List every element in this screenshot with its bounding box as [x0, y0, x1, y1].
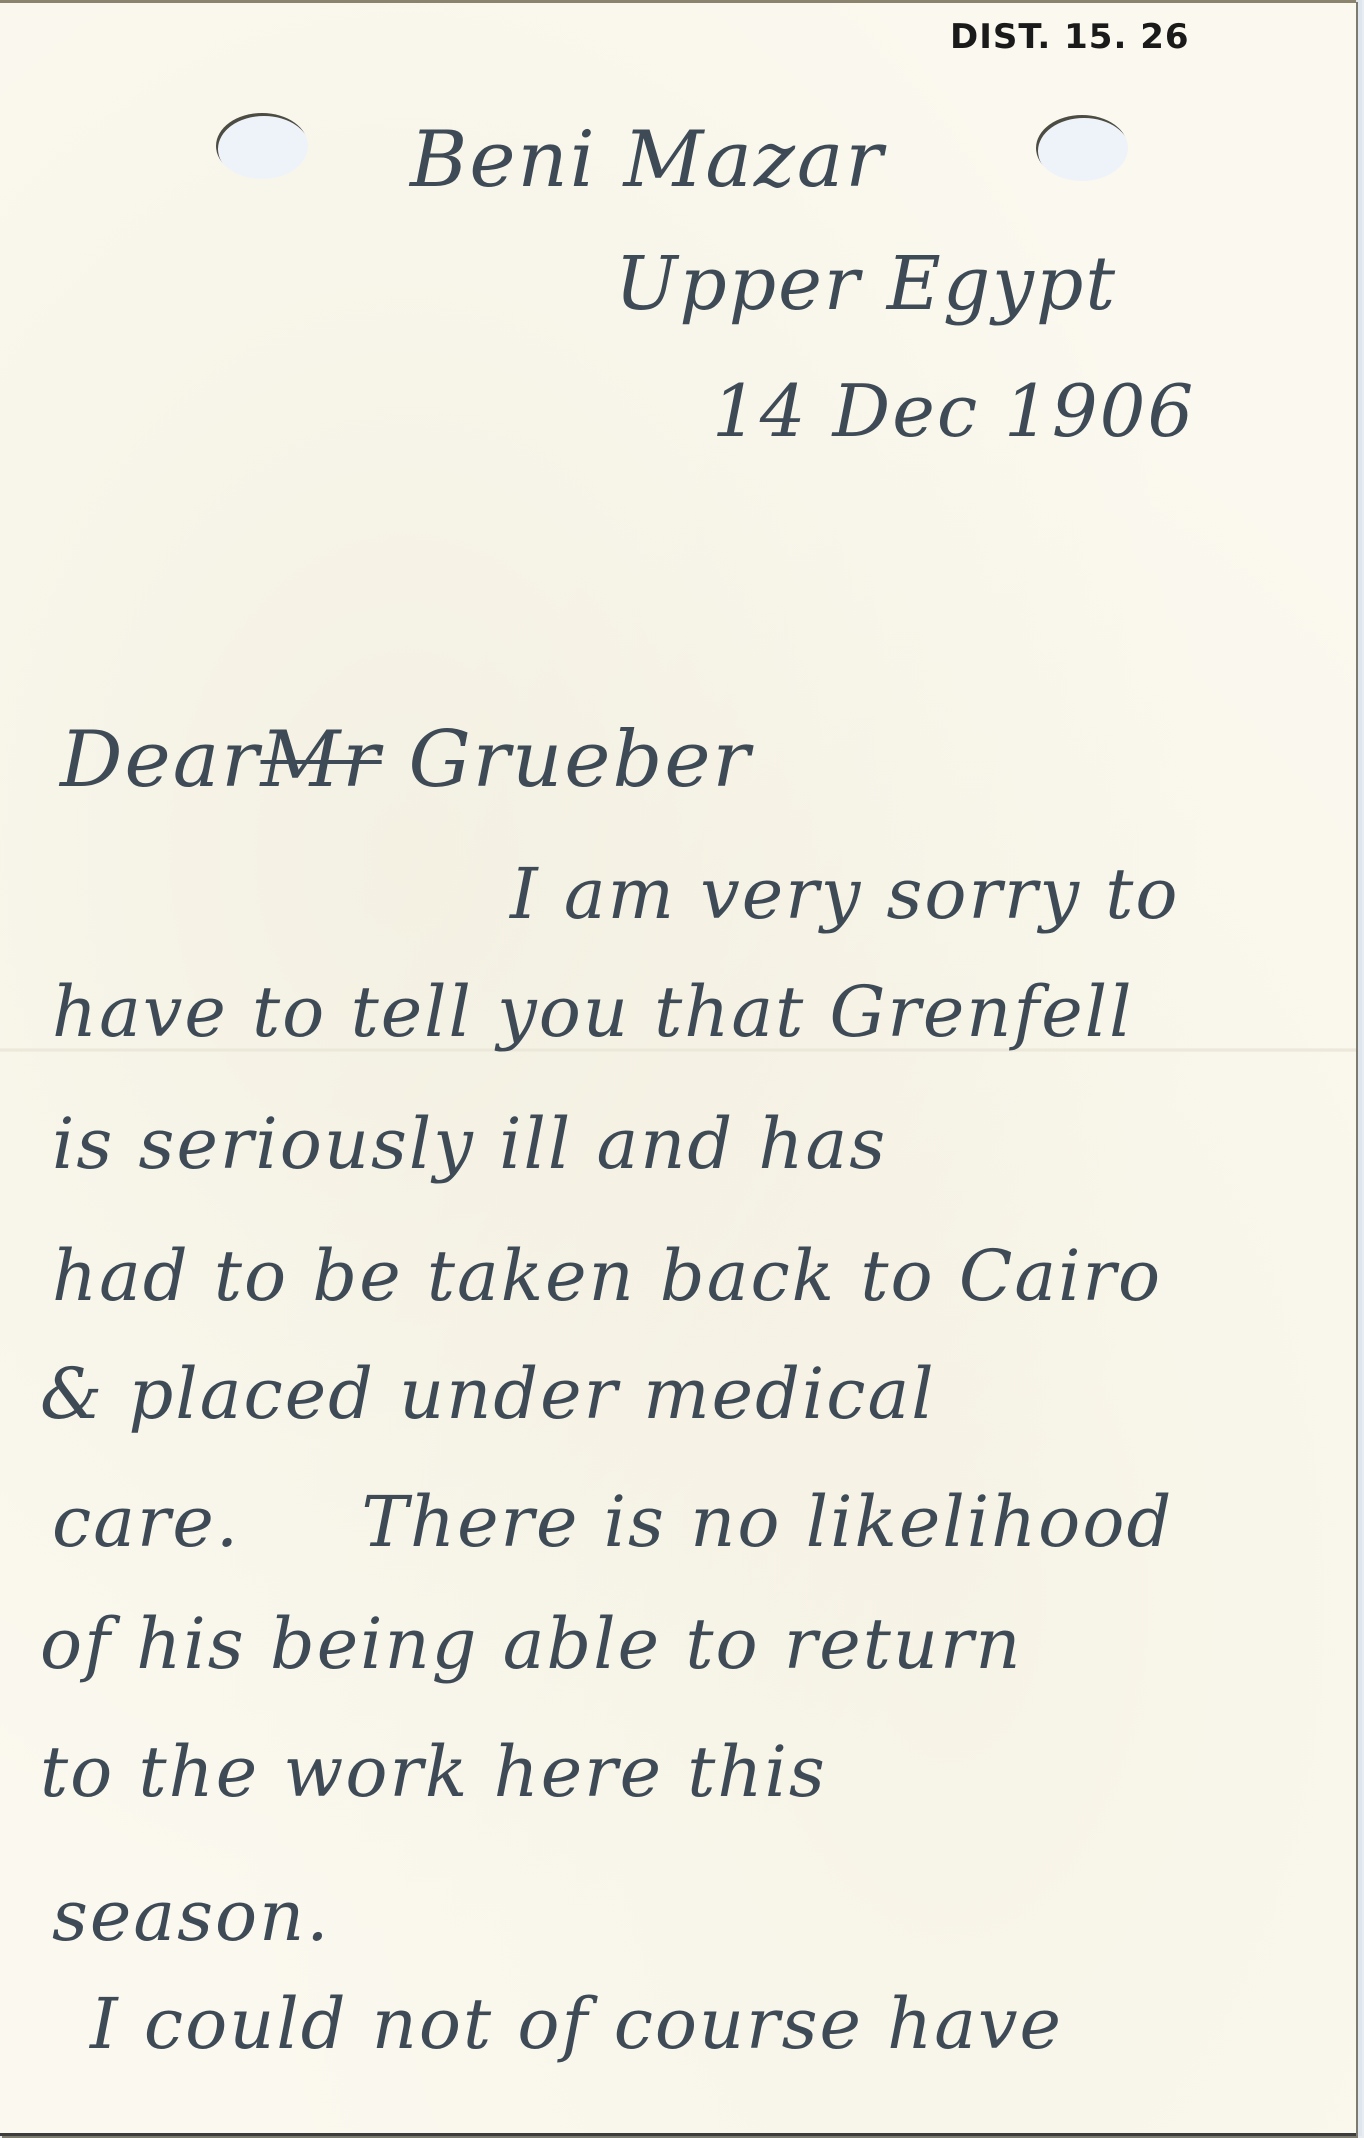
body-line: & placed under medical — [40, 1353, 936, 1435]
body-line: I am very sorry to — [510, 853, 1180, 935]
salutation: DearMr Grueber — [60, 715, 752, 805]
salutation-struck-title: Mr — [261, 715, 382, 805]
body-line: to the work here this — [40, 1731, 827, 1813]
letter-date: 14 Dec 1906 — [712, 369, 1195, 453]
salutation-prefix: Dear — [60, 715, 261, 805]
recipient-name: Grueber — [408, 715, 751, 805]
body-line: had to be taken back to Cairo — [52, 1235, 1162, 1317]
body-line: have to tell you that Grenfell — [52, 971, 1134, 1053]
body-line: I could not of course have — [90, 1983, 1063, 2065]
address-region: Upper Egypt — [615, 241, 1117, 327]
address-place: Beni Mazar — [410, 115, 885, 205]
punch-hole-right — [1036, 115, 1128, 181]
body-line: season. — [52, 1875, 330, 1957]
letter-page: DIST. 15. 26 Beni Mazar Upper Egypt 14 D… — [0, 0, 1356, 2136]
body-line: care. There is no likelihood — [52, 1481, 1173, 1563]
punch-hole-left — [216, 113, 308, 179]
body-line: of his being able to return — [40, 1603, 1023, 1685]
archive-reference-stamp: DIST. 15. 26 — [950, 17, 1190, 57]
body-line: is seriously ill and has — [52, 1103, 887, 1185]
